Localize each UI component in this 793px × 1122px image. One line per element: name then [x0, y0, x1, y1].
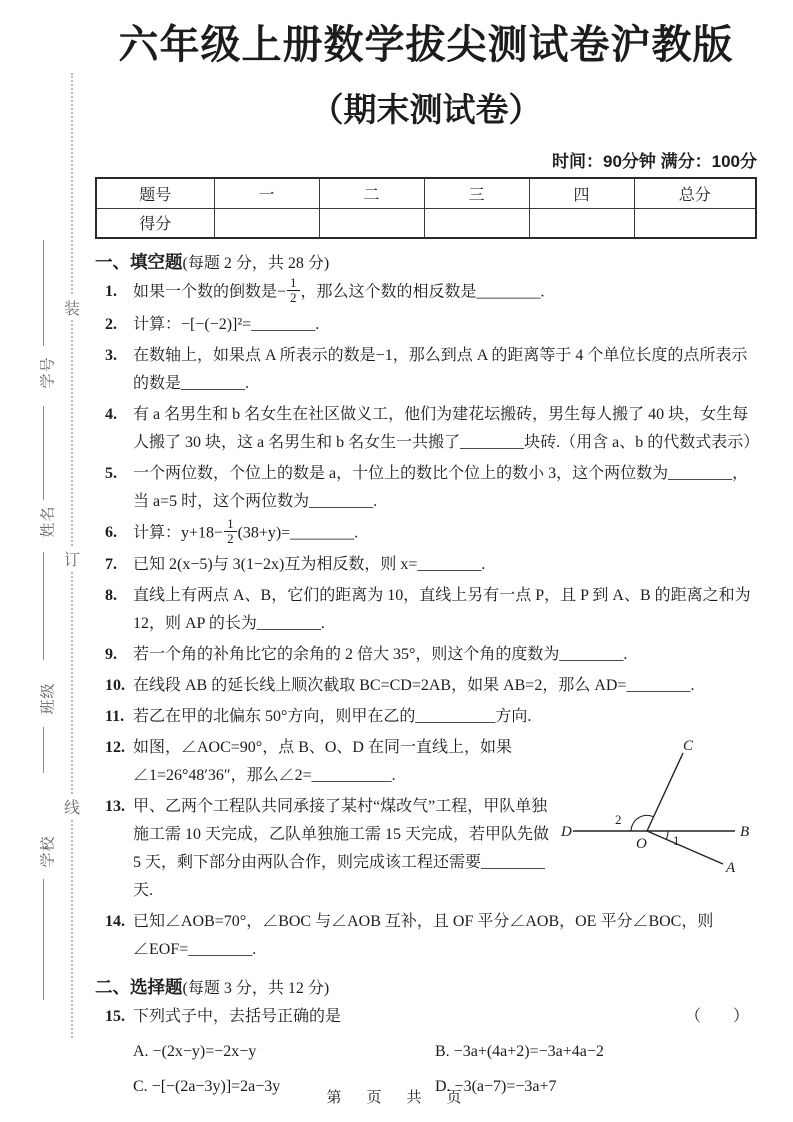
question-6-number: 6.: [105, 519, 117, 547]
section1-note: (每题 2 分，共 28 分): [183, 255, 330, 272]
question-2-text: 计算：−[−(−2)]²=________.: [133, 316, 319, 333]
score-label: 得分: [96, 208, 214, 238]
question-7: 7. 已知 2(x−5)与 3(1−2x)互为相反数，则 x=________.: [95, 551, 757, 579]
question-15-number: 15.: [105, 1003, 125, 1031]
question-12: 12. 如图，∠AOC=90°，点 B、O、D 在同一直线上，如果∠1=26°4…: [95, 734, 757, 790]
fraction-one-half: 12: [287, 276, 300, 306]
question-5-text: 一个两位数，个位上的数是 a，十位上的数比个位上的数小 3，这个两位数为____…: [133, 465, 748, 510]
question-1-number: 1.: [105, 278, 117, 306]
fraction-numerator: 1: [287, 276, 300, 291]
question-11-number: 11.: [105, 703, 124, 731]
question-10-text: 在线段 AB 的延长线上顺次截取 BC=CD=2AB，如果 AB=2，那么 AD…: [133, 677, 694, 694]
question-6-text-pre: 计算：y+18−: [133, 524, 223, 541]
header-total: 总分: [634, 178, 756, 208]
option-A: A. −(2x−y)=−2x−y: [133, 1034, 435, 1069]
question-13: 13. 甲、乙两个工程队共同承接了某村“煤改气”工程，甲队单独施工需 10 天完…: [95, 793, 757, 905]
question-12-number: 12.: [105, 734, 125, 762]
score-cell-3: [424, 208, 529, 238]
question-1-text-post: ，那么这个数的相反数是________.: [301, 283, 545, 300]
page-subtitle: （期末测试卷）: [95, 84, 757, 131]
question-10: 10. 在线段 AB 的延长线上顺次截取 BC=CD=2AB，如果 AB=2，那…: [95, 672, 757, 700]
question-2-number: 2.: [105, 311, 117, 339]
time-score-info: 时间：90分钟 满分：100分: [95, 147, 757, 172]
section2-heading: 二、选择题(每题 3 分，共 12 分): [95, 974, 757, 999]
question-6: 6. 计算：y+18−12(38+y)=________.: [95, 519, 757, 549]
question-14: 14. 已知∠AOB=70°，∠BOC 与∠AOB 互补，且 OF 平分∠AOB…: [95, 908, 757, 964]
option-B: B. −3a+(4a+2)=−3a+4a−2: [435, 1034, 604, 1069]
question-5: 5. 一个两位数，个位上的数是 a，十位上的数比个位上的数小 3，这个两位数为_…: [95, 460, 757, 516]
score-table-header-row: 题号 一 二 三 四 总分: [96, 178, 756, 208]
section2-note: (每题 3 分，共 12 分): [183, 980, 330, 997]
score-cell-1: [214, 208, 319, 238]
question-1: 1. 如果一个数的倒数是−12，那么这个数的相反数是________.: [95, 278, 757, 308]
question-3: 3. 在数轴上，如果点 A 所表示的数是−1，那么到点 A 的距离等于 4 个单…: [95, 342, 757, 398]
class-label: 班级: [37, 677, 58, 721]
question-15-options-row-1: A. −(2x−y)=−2x−y B. −3a+(4a+2)=−3a+4a−2: [95, 1034, 757, 1069]
question-5-number: 5.: [105, 460, 117, 488]
question-1-text-pre: 如果一个数的倒数是−: [133, 283, 286, 300]
score-cell-total: [634, 208, 756, 238]
section1-heading: 一、填空题(每题 2 分，共 28 分): [95, 249, 757, 274]
question-2: 2. 计算：−[−(−2)]²=________.: [95, 311, 757, 339]
header-question-no: 题号: [96, 178, 214, 208]
page-title: 六年级上册数学拔尖测试卷沪教版: [95, 22, 757, 68]
fraction-numerator: 1: [224, 517, 237, 532]
question-11: 11. 若乙在甲的北偏东 50°方向，则甲在乙的__________方向.: [95, 703, 757, 731]
header-part-4: 四: [529, 178, 634, 208]
header-part-3: 三: [424, 178, 529, 208]
content-column: 六年级上册数学拔尖测试卷沪教版 （期末测试卷） 时间：90分钟 满分：100分 …: [95, 22, 757, 1104]
question-10-number: 10.: [105, 672, 125, 700]
fraction-denominator: 2: [287, 291, 300, 305]
question-3-text: 在数轴上，如果点 A 所表示的数是−1，那么到点 A 的距离等于 4 个单位长度…: [133, 347, 747, 392]
question-9-number: 9.: [105, 641, 117, 669]
question-14-number: 14.: [105, 908, 125, 936]
fold-char-xian: 线: [61, 795, 83, 818]
question-9-text: 若一个角的补角比它的余角的 2 倍大 35°，则这个角的度数为________.: [133, 646, 627, 663]
question-4-number: 4.: [105, 401, 117, 429]
score-table-score-row: 得分: [96, 208, 756, 238]
school-blank-line: [43, 727, 44, 773]
question-7-text: 已知 2(x−5)与 3(1−2x)互为相反数，则 x=________.: [133, 556, 485, 573]
question-11-text: 若乙在甲的北偏东 50°方向，则甲在乙的__________方向.: [133, 708, 531, 725]
score-cell-4: [529, 208, 634, 238]
header-part-1: 一: [214, 178, 319, 208]
page-footer: 第 页 共 页: [0, 1086, 793, 1107]
name-label: 姓名: [37, 500, 58, 544]
question-12-text: 如图，∠AOC=90°，点 B、O、D 在同一直线上，如果∠1=26°48′36…: [133, 739, 512, 784]
question-6-text-post: (38+y)=________.: [238, 524, 359, 541]
fraction-denominator: 2: [224, 532, 237, 546]
question-4: 4. 有 a 名男生和 b 名女生在社区做义工，他们为建花坛搬砖，男生每人搬了 …: [95, 401, 757, 457]
section2-label: 二、选择题: [95, 977, 183, 997]
student-no-label: 学号: [37, 351, 58, 395]
question-4-text: 有 a 名男生和 b 名女生在社区做义工，他们为建花坛搬砖，男生每人搬了 40 …: [133, 406, 759, 451]
question-15: 15. 下列式子中，去括号正确的是 （ ）: [95, 1003, 757, 1031]
answer-bracket: （ ）: [685, 1003, 757, 1031]
question-8-number: 8.: [105, 582, 117, 610]
student-no-blank-line: [43, 240, 44, 346]
exam-paper-page: 装 订 线 学号 姓名 班级 学校 六年级上册数学拔尖测试卷沪教版 （期末测试卷…: [0, 0, 793, 1122]
class-blank-line: [43, 552, 44, 660]
header-part-2: 二: [319, 178, 424, 208]
school-label: 学校: [37, 830, 58, 874]
question-14-text: 已知∠AOB=70°，∠BOC 与∠AOB 互补，且 OF 平分∠AOB，OE …: [133, 913, 713, 958]
fill-in-questions: 1. 如果一个数的倒数是−12，那么这个数的相反数是________. 2. 计…: [95, 278, 757, 964]
fold-char-zhuang: 装: [61, 296, 83, 319]
fraction-one-half: 12: [224, 517, 237, 547]
question-15-text: 下列式子中，去括号正确的是: [133, 1008, 341, 1025]
fold-char-ding: 订: [61, 547, 83, 570]
name-blank-line: [43, 406, 44, 500]
question-13-text: 甲、乙两个工程队共同承接了某村“煤改气”工程，甲队单独施工需 10 天完成，乙队…: [133, 798, 549, 899]
question-13-number: 13.: [105, 793, 125, 821]
score-table: 题号 一 二 三 四 总分 得分: [95, 177, 757, 239]
extra-blank-line: [43, 879, 44, 1000]
question-7-number: 7.: [105, 551, 117, 579]
question-8: 8. 直线上有两点 A、B，它们的距离为 10，直线上另有一点 P，且 P 到 …: [95, 582, 757, 638]
score-cell-2: [319, 208, 424, 238]
question-9: 9. 若一个角的补角比它的余角的 2 倍大 35°，则这个角的度数为______…: [95, 641, 757, 669]
section1-label: 一、填空题: [95, 252, 183, 272]
question-8-text: 直线上有两点 A、B，它们的距离为 10，直线上另有一点 P，且 P 到 A、B…: [133, 587, 751, 632]
question-3-number: 3.: [105, 342, 117, 370]
